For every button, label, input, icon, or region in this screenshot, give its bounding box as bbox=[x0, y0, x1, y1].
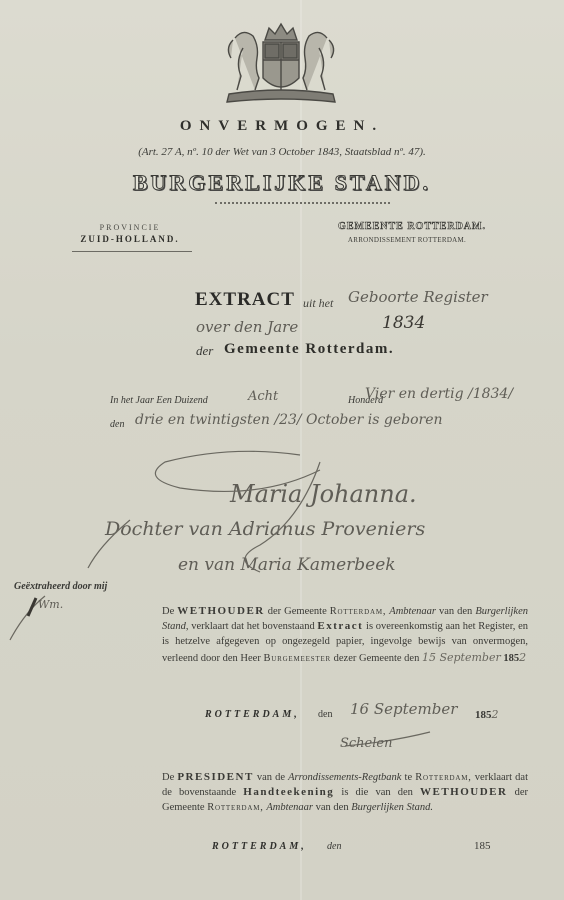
den-label-2: den bbox=[327, 841, 341, 852]
document-heading: BURGERLIJKE STAND. bbox=[0, 170, 564, 196]
decl1-text: dezer Gemeente den bbox=[334, 653, 420, 664]
issue-year-printed: 185 bbox=[475, 709, 492, 721]
register-type-handwritten: Geboorte Register bbox=[348, 288, 488, 306]
decl2-ambtenaar: Ambtenaar bbox=[266, 802, 313, 813]
decl1-ambtenaar: Ambtenaar bbox=[389, 606, 436, 617]
president-declaration: De PRESIDENT van de Arrondissements-Regt… bbox=[162, 770, 528, 816]
province-name: ZUID-HOLLAND. bbox=[70, 234, 190, 244]
der-label: der bbox=[196, 343, 213, 359]
birth-date-handwritten: drie en twintigsten /23/ October is gebo… bbox=[135, 412, 443, 428]
mother-line-handwritten: en van Maria Kamerbeek bbox=[178, 555, 396, 575]
decl2-text: De bbox=[162, 772, 174, 783]
birth-register-extract: ONVERMOGEN. (Art. 27 A, nº. 10 der Wet v… bbox=[0, 0, 564, 900]
decl2-text: van den bbox=[316, 802, 349, 813]
decl2-text: van de bbox=[257, 772, 285, 783]
decl1-text: der Gemeente bbox=[268, 606, 327, 617]
decl1-text: De bbox=[162, 606, 174, 617]
place-rotterdam-1: ROTTERDAM, bbox=[205, 709, 300, 720]
decl1-year: 185 bbox=[503, 653, 519, 664]
year-blank-2: 185 bbox=[474, 840, 491, 852]
coat-of-arms-icon bbox=[215, 18, 347, 108]
issue-year-handwritten: 2 bbox=[492, 708, 499, 721]
decl1-text: van den bbox=[439, 606, 472, 617]
year-line-label: In het Jaar Een Duizend bbox=[110, 395, 208, 406]
decl2-text: is die van den bbox=[341, 787, 412, 798]
decorative-divider bbox=[215, 202, 390, 204]
register-year-handwritten: 1834 bbox=[382, 313, 425, 333]
place-rotterdam-2: ROTTERDAM, bbox=[212, 841, 307, 852]
child-name-handwritten: Maria Johanna. bbox=[230, 480, 417, 508]
decl1-rotterdam: Rotterdam, bbox=[330, 606, 387, 617]
district-name: ARRONDISSEMENT ROTTERDAM. bbox=[322, 236, 492, 244]
decl2-text: te bbox=[405, 772, 413, 783]
wethouder-declaration: De WETHOUDER der Gemeente Rotterdam, Amb… bbox=[162, 604, 528, 666]
article-reference-text: (Art. 27 A, nº. 10 der Wet van 3 October… bbox=[138, 146, 426, 158]
wethouder-signature: Schelen bbox=[340, 736, 392, 751]
year-hundreds-handwritten: Acht bbox=[248, 389, 278, 404]
decl2-rotterdam: Rotterdam, bbox=[415, 772, 472, 783]
decl1-burgemeester: Burgemeester bbox=[263, 653, 331, 664]
year-tens-handwritten: Vier en dertig /1834/ bbox=[365, 386, 513, 402]
gemeente-rotterdam-heading: Gemeente Rotterdam. bbox=[224, 341, 394, 358]
extract-title: EXTRACT bbox=[195, 289, 295, 311]
decl1-wethouder: WETHOUDER bbox=[177, 605, 264, 617]
over-den-jare-handwritten: over den Jare bbox=[196, 318, 298, 336]
clerk-initials-handwritten: Wm. bbox=[38, 598, 63, 611]
decl1-date-handwritten: 15 September bbox=[422, 651, 501, 664]
handwriting-flourish-icon bbox=[0, 0, 564, 900]
document-title: ONVERMOGEN. bbox=[0, 118, 564, 135]
paper-fold bbox=[300, 0, 302, 900]
den-label-1: den bbox=[318, 709, 332, 720]
decl1-extract: Extract bbox=[317, 620, 363, 632]
father-line-handwritten: Dochter van Adrianus Proveniers bbox=[105, 518, 425, 540]
decl2-handteekening: Handteekening bbox=[243, 786, 334, 798]
den-label: den bbox=[110, 419, 124, 430]
province-label: PROVINCIE bbox=[70, 223, 190, 232]
decl2-rotterdam: Rotterdam, bbox=[207, 802, 264, 813]
municipality-name: GEMEENTE ROTTERDAM. bbox=[322, 221, 502, 232]
decl1-year-handwritten: 2 bbox=[519, 651, 526, 664]
extracted-by-label: Geëxtraheerd door mij bbox=[14, 581, 107, 592]
issue-date-handwritten: 16 September bbox=[350, 700, 457, 718]
decl2-burgerlijken-stand: Burgerlijken Stand. bbox=[351, 802, 433, 813]
decl2-court: Arrondissements-Regtbank bbox=[288, 772, 401, 783]
issue-year: 1852 bbox=[475, 708, 499, 721]
province-underline bbox=[72, 251, 192, 252]
decl2-wethouder: WETHOUDER bbox=[420, 786, 507, 798]
decl2-president: PRESIDENT bbox=[177, 771, 253, 783]
decl1-text: , verklaart dat het bovenstaand bbox=[186, 621, 315, 632]
article-reference: (Art. 27 A, nº. 10 der Wet van 3 October… bbox=[0, 146, 564, 158]
extract-uit-het: uit het bbox=[303, 296, 333, 311]
